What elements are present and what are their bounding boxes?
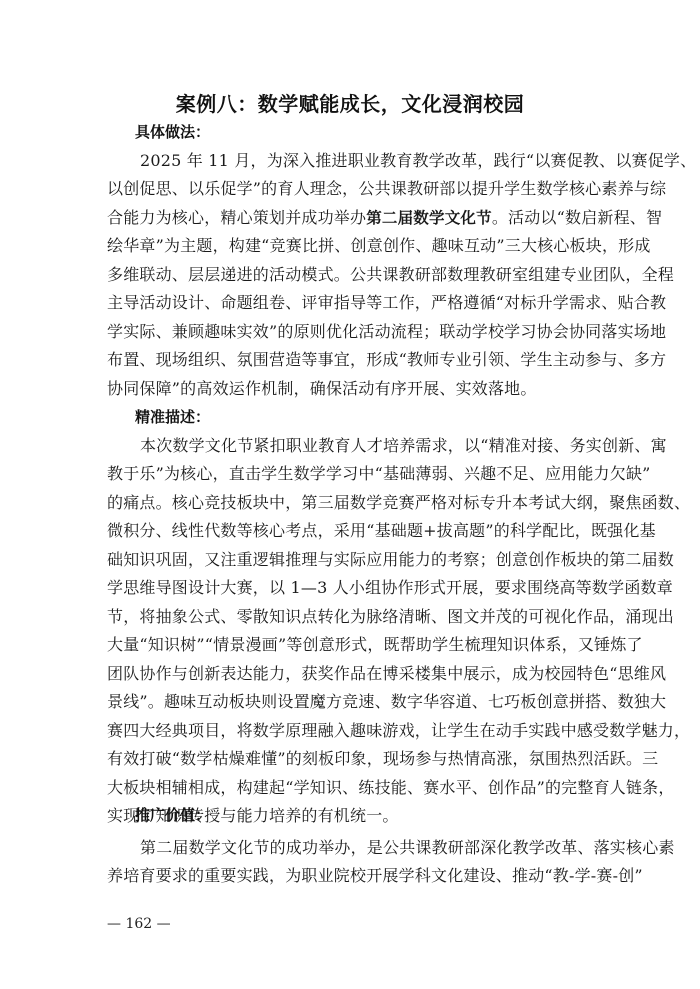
paragraph-line: 大板块相辅相成，构建起“学知识、练技能、赛水平、创作品”的完整育人链条，: [107, 774, 597, 803]
section-heading-practice: 具体做法：: [107, 118, 597, 147]
line-text: 。活动以“数启新程、智: [492, 208, 662, 227]
paragraph-line: 学实际、兼顾趣味实效”的原则优化活动流程；联动学校学习协会协同落实场地: [107, 318, 597, 347]
paragraph-line: 景线”。趣味互动板块则设置魔方竞速、数字华容道、七巧板创意拼搭、数独大: [107, 688, 597, 717]
paragraph-line: 多维联动、层层递进的活动模式。公共课教研部数理教研室组建专业团队，全程: [107, 261, 597, 290]
paragraph-line: 教于乐”为核心，直击学生数学学习中“基础薄弱、兴趣不足、应用能力欠缺”: [107, 460, 597, 489]
paragraph-line: 学思维导图设计大赛，以 1—3 人小组协作形式开展，要求围绕高等数学函数章: [107, 574, 597, 603]
paragraph-line: 的痛点。核心竞技板块中，第三届数学竞赛严格对标专升本考试大纲，聚焦函数、: [107, 489, 597, 518]
paragraph-line: 大量“知识树”“情景漫画”等创意形式，既帮助学生梳理知识体系，又锤炼了: [107, 631, 597, 660]
paragraph-line: 团队协作与创新表达能力，获奖作品在博采楼集中展示，成为校园特色“思维风: [107, 660, 597, 689]
paragraph-line: 微积分、线性代数等核心考点，采用“基础题+拔高题”的科学配比，既强化基: [107, 517, 597, 546]
paragraph-line-with-bold: 合能力为核心，精心策划并成功举办第二届数学文化节。活动以“数启新程、智: [107, 204, 597, 233]
page-title: 案例八：数学赋能成长，文化浸润校园: [0, 88, 700, 117]
paragraph-line: 养培育要求的重要实践，为职业院校开展学科文化建设、推动“教-学-赛-创”: [107, 862, 597, 891]
paragraph-line: 协同保障”的高效运作机制，确保活动有序开展、实效落地。: [107, 375, 597, 404]
paragraph-line: 础知识巩固，又注重逻辑推理与实际应用能力的考察；创意创作板块的第二届数: [107, 546, 597, 575]
section-value: 推广价值： 第二届数学文化节的成功举办，是公共课教研部深化教学改革、落实核心素 …: [107, 801, 597, 891]
paragraph-line: 2025 年 11 月，为深入推进职业教育教学改革，践行“以赛促教、以赛促学、: [107, 147, 597, 176]
paragraph-line: 本次数学文化节紧扣职业教育人才培养需求，以“精准对接、务实创新、寓: [107, 432, 597, 461]
section-practice: 具体做法： 2025 年 11 月，为深入推进职业教育教学改革，践行“以赛促教、…: [107, 118, 597, 403]
paragraph-line: 以创促思、以乐促学”的育人理念，公共课教研部以提升学生数学核心素养与综: [107, 175, 597, 204]
paragraph-line: 第二届数学文化节的成功举办，是公共课教研部深化教学改革、落实核心素: [107, 834, 597, 863]
document-page: 案例八：数学赋能成长，文化浸润校园 具体做法： 2025 年 11 月，为深入推…: [0, 0, 700, 989]
line-text: 合能力为核心，精心策划并成功举办: [107, 208, 366, 227]
section-heading-value: 推广价值：: [107, 801, 597, 830]
paragraph-line: 绘华章”为主题，构建“竞赛比拼、创意创作、趣味互动”三大核心板块，形成: [107, 232, 597, 261]
paragraph-line: 赛四大经典项目，将数学原理融入趣味游戏，让学生在动手实践中感受数学魅力，: [107, 717, 597, 746]
paragraph-line: 节，将抽象公式、零散知识点转化为脉络清晰、图文并茂的可视化作品，涌现出: [107, 603, 597, 632]
page-number: — 162 —: [107, 916, 171, 932]
section-description: 精准描述： 本次数学文化节紧扣职业教育人才培养需求，以“精准对接、务实创新、寓 …: [107, 403, 597, 831]
bold-event-name: 第二届数学文化节: [366, 209, 492, 227]
section-heading-description: 精准描述：: [107, 403, 597, 432]
paragraph-line: 主导活动设计、命题组卷、评审指导等工作，严格遵循“对标升学需求、贴合教: [107, 289, 597, 318]
paragraph-line: 布置、现场组织、氛围营造等事宜，形成“教师专业引领、学生主动参与、多方: [107, 346, 597, 375]
paragraph-line: 有效打破“数学枯燥难懂”的刻板印象，现场参与热情高涨，氛围热烈活跃。三: [107, 745, 597, 774]
